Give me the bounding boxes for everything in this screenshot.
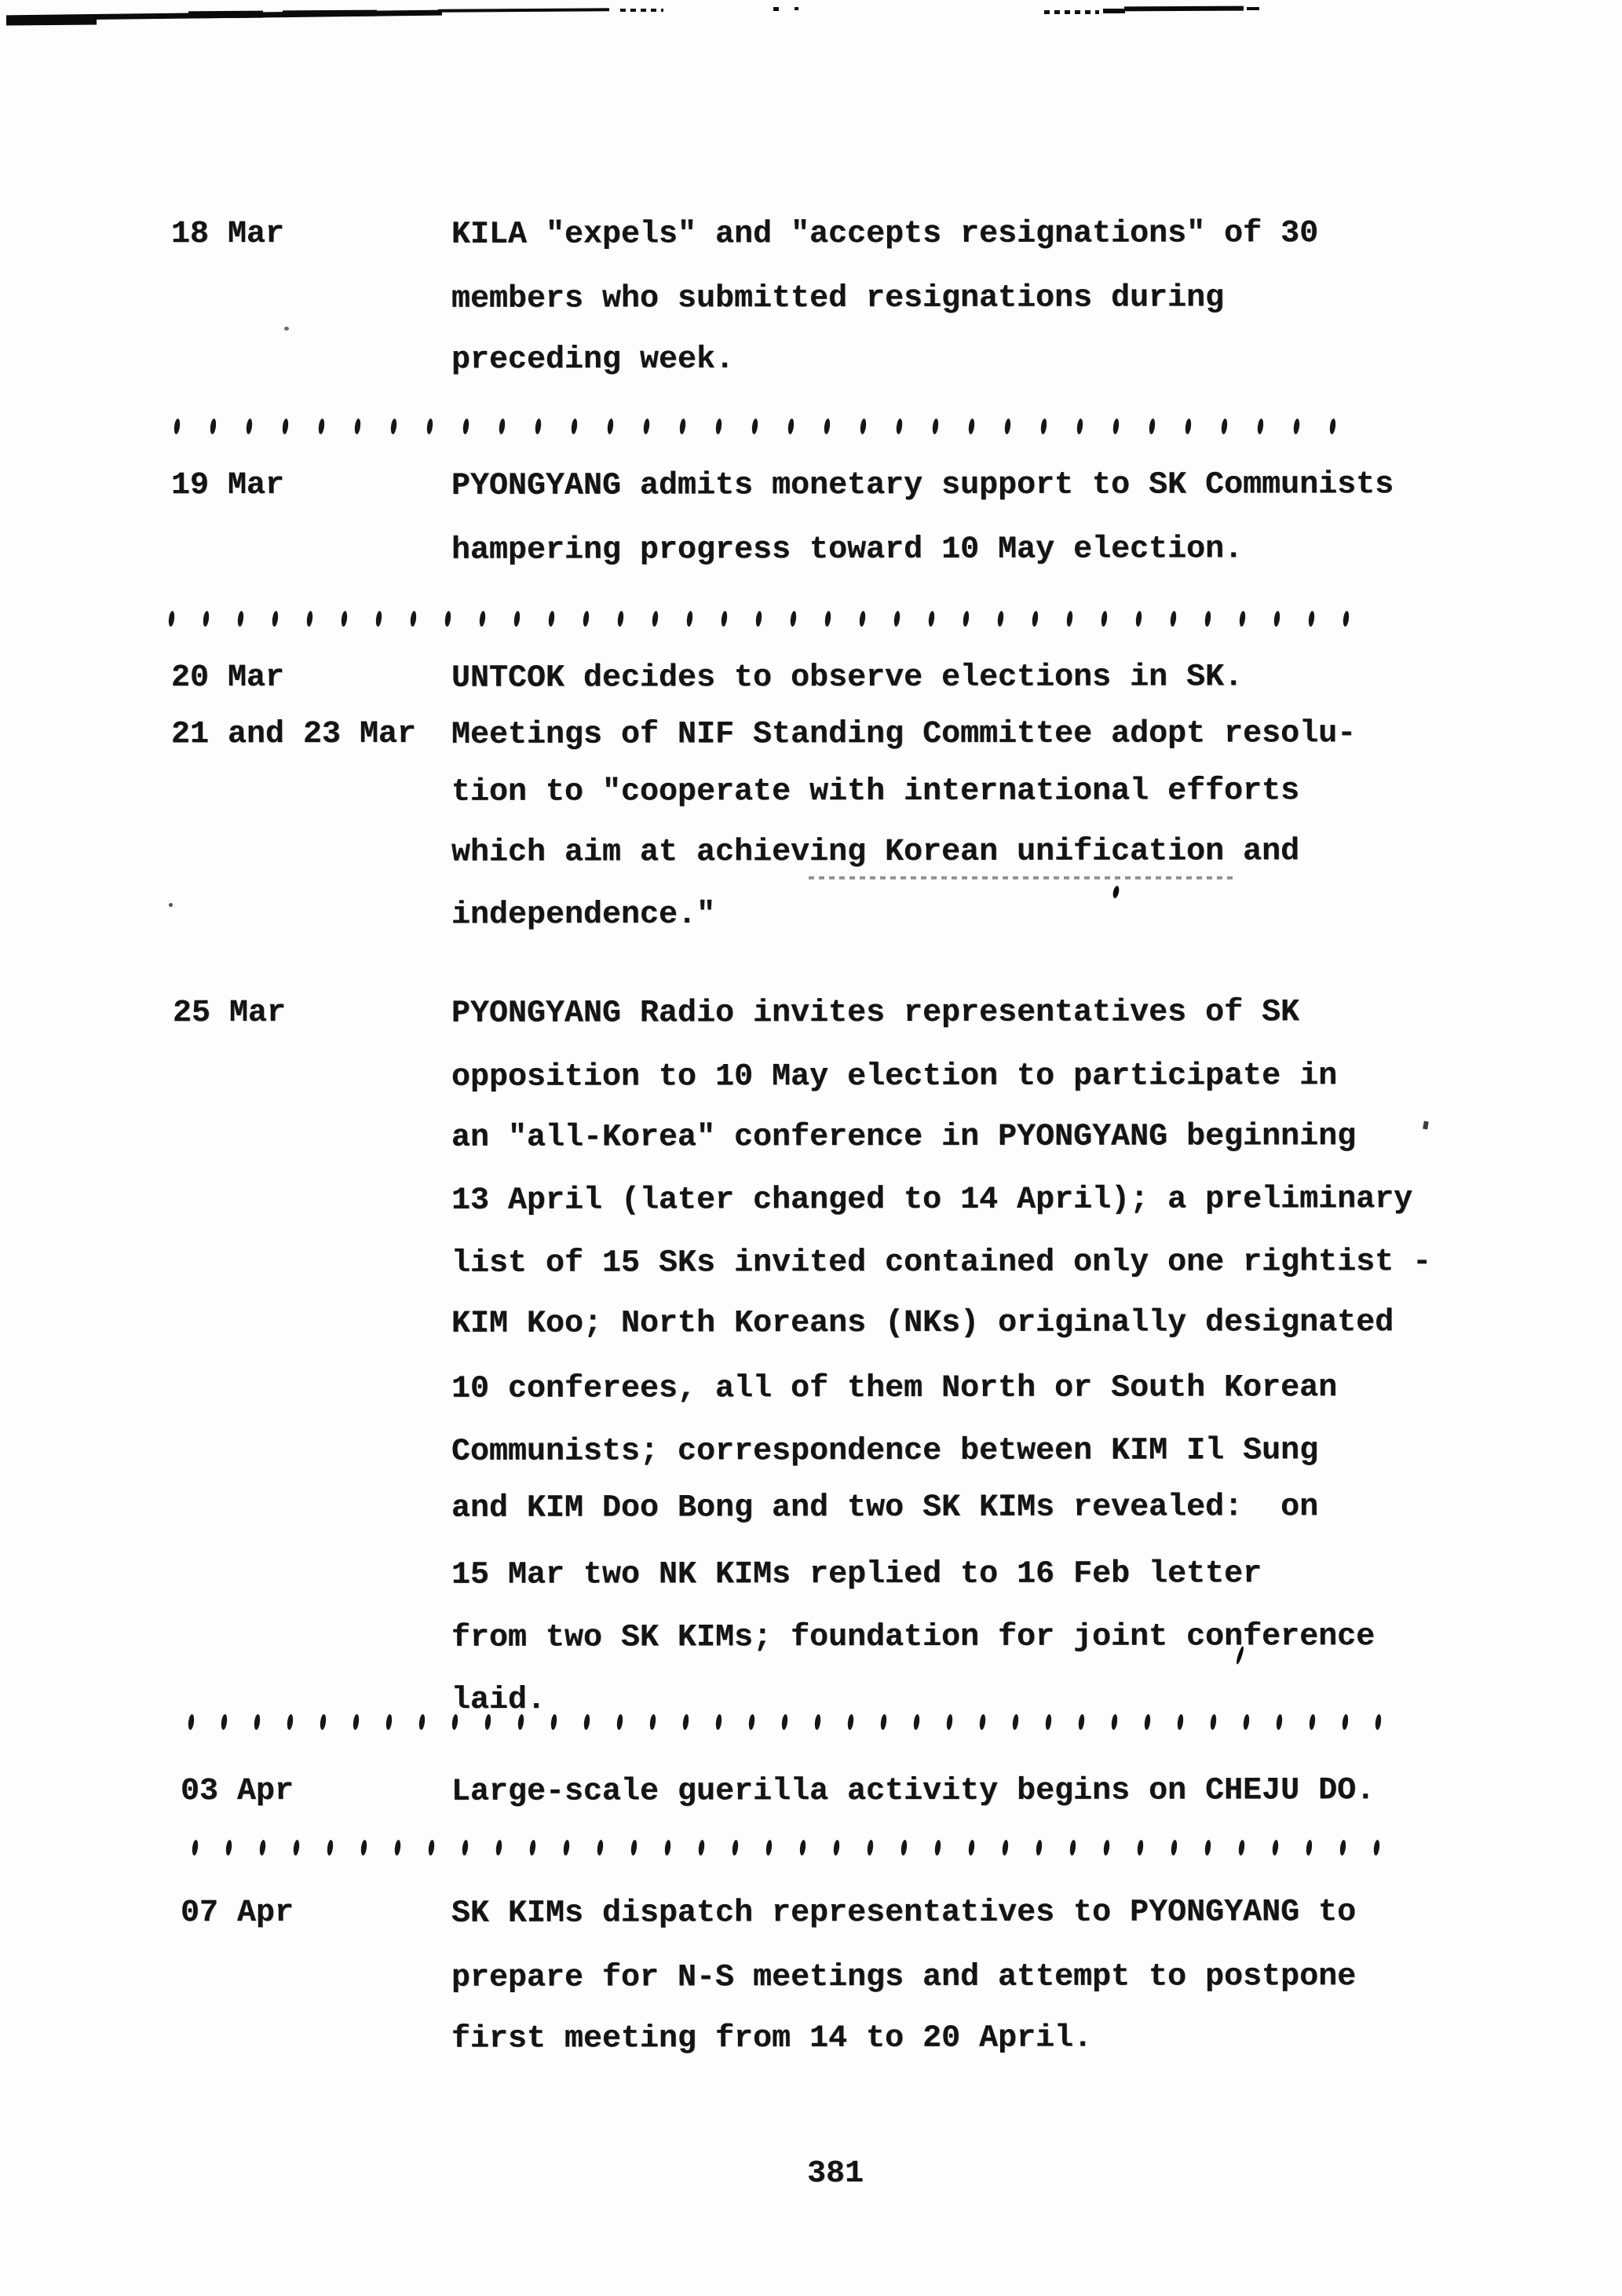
separator-dot [968, 1840, 975, 1856]
separator-dot [686, 611, 693, 627]
scan-artifact [6, 15, 97, 25]
separator-dot [385, 1714, 393, 1731]
separator-dot [814, 1714, 821, 1731]
separator-dot [225, 1840, 232, 1856]
entry-line: an "all-Korea" conference in PYONGYANG b… [451, 1118, 1356, 1157]
scan-artifact [795, 7, 798, 10]
separator-dot [1032, 611, 1039, 627]
entry-line: 10 conferees, all of them North or South… [451, 1369, 1337, 1409]
separator-dot [375, 611, 382, 627]
entry-line: Communists; correspondence between KIM I… [451, 1432, 1318, 1472]
separator-dot [1329, 419, 1336, 435]
entry-date: 19 Mar [171, 467, 284, 505]
entry-line: members who submitted resignations durin… [451, 280, 1224, 318]
separator-dot [210, 419, 217, 435]
separator-dot [781, 1714, 788, 1731]
separator-dot [664, 1840, 671, 1856]
separator-dot [287, 1714, 294, 1731]
separator-dot [799, 1840, 806, 1856]
separator-dot [649, 1714, 656, 1731]
entry-line: PYONGYANG Radio invites representatives … [451, 994, 1299, 1033]
separator-dot [495, 1840, 502, 1856]
entry-line: list of 15 SKs invited contained only on… [451, 1244, 1431, 1283]
entry-date: 18 Mar [171, 216, 284, 254]
separator-dot [529, 1840, 536, 1856]
entry-line: tion to "cooperate with international ef… [451, 773, 1299, 812]
separator-dot [1002, 1840, 1009, 1856]
separator-dot [901, 1840, 908, 1856]
separator-dot [1339, 1840, 1346, 1856]
scan-artifact [1124, 6, 1244, 12]
separator-dot [320, 1714, 327, 1731]
separator-dot [410, 611, 417, 627]
scan-artifact [620, 9, 663, 12]
separator-dot [1272, 1840, 1279, 1856]
separator-dot [327, 1840, 334, 1856]
separator-dot [1204, 1840, 1211, 1856]
separator-dot [1144, 1714, 1151, 1731]
scan-artifact [169, 903, 173, 907]
page-number: 381 [807, 2155, 864, 2193]
separator-dot [1257, 419, 1264, 435]
entry-line: KILA "expels" and "accepts resignations"… [451, 215, 1318, 254]
separator-dot [563, 1840, 570, 1856]
separator-dot [1306, 1840, 1313, 1856]
entry-line: which aim at achieving Korean unificatio… [451, 833, 1299, 872]
separator-dot [732, 1840, 739, 1856]
separator-dot [1149, 419, 1156, 435]
separator-dot [353, 1714, 360, 1731]
separator-dot [1012, 1714, 1019, 1731]
entry-line: and KIM Doo Bong and two SK KIMs reveale… [451, 1489, 1318, 1528]
separator-dot [607, 419, 614, 435]
separator-dot [715, 1714, 722, 1731]
dotted-separator [174, 419, 1335, 434]
separator-dot [1221, 419, 1228, 435]
separator-dot [833, 1840, 840, 1856]
separator-dot [583, 1714, 590, 1731]
entry-date: 21 and 23 Mar [171, 716, 416, 754]
separator-dot [1238, 1840, 1245, 1856]
separator-dot [847, 1714, 854, 1731]
separator-dot [751, 419, 758, 435]
entry-line: Large-scale guerilla activity begins on … [451, 1772, 1375, 1812]
separator-dot [1040, 419, 1047, 435]
separator-dot [1342, 1714, 1349, 1731]
separator-dot [513, 611, 521, 627]
separator-dot [824, 611, 831, 627]
separator-dot [1135, 611, 1142, 627]
dotted-separator [188, 1714, 1381, 1730]
separator-dot [462, 419, 469, 435]
separator-dot [517, 1714, 524, 1731]
separator-dot [755, 611, 762, 627]
entry-line: 15 Mar two NK KIMs replied to 16 Feb let… [451, 1556, 1262, 1594]
entry-line: hampering progress toward 10 May electio… [451, 531, 1243, 569]
separator-dot [867, 1840, 874, 1856]
separator-dot [698, 1840, 705, 1856]
separator-dot [880, 1714, 887, 1731]
separator-dot [192, 1840, 199, 1856]
separator-dot [859, 611, 866, 627]
dotted-separator [169, 611, 1349, 627]
entry-line: independence." [451, 897, 715, 934]
separator-dot [1309, 1714, 1316, 1731]
scan-artifact [1423, 1121, 1429, 1130]
separator-dot [318, 419, 325, 435]
separator-dot [462, 1840, 469, 1856]
separator-dot [535, 419, 542, 435]
separator-dot [682, 1714, 689, 1731]
entry-line: UNTCOK decides to observe elections in S… [451, 659, 1243, 697]
entry-line: Meetings of NIF Standing Committee adopt… [451, 715, 1356, 755]
separator-dot [1112, 419, 1120, 435]
separator-dot [418, 1714, 426, 1731]
separator-dot [1273, 611, 1280, 627]
separator-dot [354, 419, 361, 435]
entry-date: 03 Apr [181, 1773, 294, 1811]
separator-dot [1076, 419, 1083, 435]
separator-dot [1276, 1714, 1283, 1731]
separator-dot [1103, 1840, 1110, 1856]
separator-dot [597, 1840, 604, 1856]
separator-dot [643, 419, 650, 435]
separator-dot [934, 1840, 941, 1856]
separator-dot [1004, 419, 1011, 435]
scan-artifact [773, 7, 779, 11]
scan-artifact [1112, 885, 1120, 898]
entry-line: PYONGYANG admits monetary support to SK … [451, 466, 1394, 506]
separator-dot [1373, 1840, 1380, 1856]
separator-dot [860, 419, 867, 435]
scan-artifact [438, 8, 609, 13]
separator-dot [254, 1714, 261, 1731]
separator-dot [1137, 1840, 1144, 1856]
separator-dot [963, 611, 970, 627]
separator-dot [282, 419, 289, 435]
separator-dot [1243, 1714, 1250, 1731]
separator-dot [246, 419, 253, 435]
separator-dot [1069, 1840, 1076, 1856]
separator-dot [499, 419, 506, 435]
separator-dot [479, 611, 486, 627]
separator-dot [306, 611, 313, 627]
separator-dot [444, 611, 451, 627]
separator-dot [390, 419, 397, 435]
separator-dot [617, 611, 624, 627]
scan-artifact [188, 11, 263, 19]
separator-dot [1204, 611, 1211, 627]
separator-dot [679, 419, 686, 435]
separator-dot [583, 611, 590, 627]
separator-dot [1185, 419, 1192, 435]
separator-dot [748, 1714, 755, 1731]
separator-dot [221, 1714, 228, 1731]
separator-dot [272, 611, 279, 627]
separator-dot [765, 1840, 773, 1856]
separator-dot [293, 1840, 300, 1856]
separator-dot [630, 1840, 637, 1856]
separator-dot [550, 1714, 557, 1731]
separator-dot [1343, 611, 1350, 627]
scanned-page: 18 MarKILA "expels" and "accepts resigna… [0, 0, 1622, 2296]
entry-line: KIM Koo; North Koreans (NKs) originally … [451, 1304, 1394, 1344]
separator-dot [571, 419, 578, 435]
entry-date: 07 Apr [181, 1895, 294, 1932]
separator-dot [1177, 1714, 1184, 1731]
separator-dot [913, 1714, 920, 1731]
scan-artifact [283, 10, 377, 17]
separator-dot [426, 419, 433, 435]
separator-dot [896, 419, 903, 435]
separator-dot [259, 1840, 266, 1856]
separator-dot [484, 1714, 491, 1731]
separator-dot [1066, 611, 1073, 627]
separator-dot [1078, 1714, 1085, 1731]
separator-dot [548, 611, 555, 627]
separator-dot [893, 611, 901, 627]
separator-dot [188, 1714, 195, 1731]
separator-dot [790, 611, 797, 627]
entry-line: opposition to 10 May election to partici… [451, 1058, 1337, 1097]
entry-line: prepare for N-S meetings and attempt to … [451, 1958, 1356, 1998]
separator-dot [174, 419, 181, 435]
separator-dot [203, 611, 210, 627]
separator-dot [1036, 1840, 1043, 1856]
entry-date: 20 Mar [171, 660, 284, 697]
separator-dot [1293, 419, 1300, 435]
separator-dot [997, 611, 1004, 627]
separator-dot [1210, 1714, 1217, 1731]
separator-dot [968, 419, 975, 435]
scan-artifact [809, 876, 1233, 879]
separator-dot [928, 611, 935, 627]
entry-line: first meeting from 14 to 20 April. [451, 2020, 1092, 2058]
scan-artifact [1044, 10, 1099, 14]
entry-line: 13 April (later changed to 14 April); a … [451, 1181, 1412, 1220]
separator-dot [1170, 611, 1177, 627]
separator-dot [428, 1840, 435, 1856]
separator-dot [721, 611, 728, 627]
scan-artifact [284, 327, 289, 331]
separator-dot [787, 419, 795, 435]
separator-dot [1045, 1714, 1052, 1731]
separator-dot [451, 1714, 458, 1731]
separator-dot [237, 611, 244, 627]
separator-dot [1171, 1840, 1178, 1856]
separator-dot [1111, 1714, 1118, 1731]
separator-dot [1101, 611, 1108, 627]
entry-line: from two SK KIMs; foundation for joint c… [451, 1618, 1375, 1658]
separator-dot [932, 419, 939, 435]
separator-dot [979, 1714, 986, 1731]
scan-artifact [1247, 7, 1259, 10]
separator-dot [946, 1714, 953, 1731]
entry-line: SK KIMs dispatch representatives to PYON… [451, 1894, 1356, 1933]
separator-dot [824, 419, 831, 435]
separator-dot [616, 1714, 623, 1731]
entry-line: preceding week. [451, 342, 734, 380]
separator-dot [1239, 611, 1246, 627]
separator-dot [168, 611, 175, 627]
separator-dot [360, 1840, 367, 1856]
separator-dot [394, 1840, 401, 1856]
separator-dot [652, 611, 659, 627]
separator-dot [1308, 611, 1315, 627]
dotted-separator [192, 1840, 1379, 1855]
entry-date: 25 Mar [173, 995, 286, 1033]
separator-dot [1375, 1714, 1382, 1731]
separator-dot [715, 419, 722, 435]
scan-artifact [1103, 9, 1125, 13]
separator-dot [341, 611, 348, 627]
